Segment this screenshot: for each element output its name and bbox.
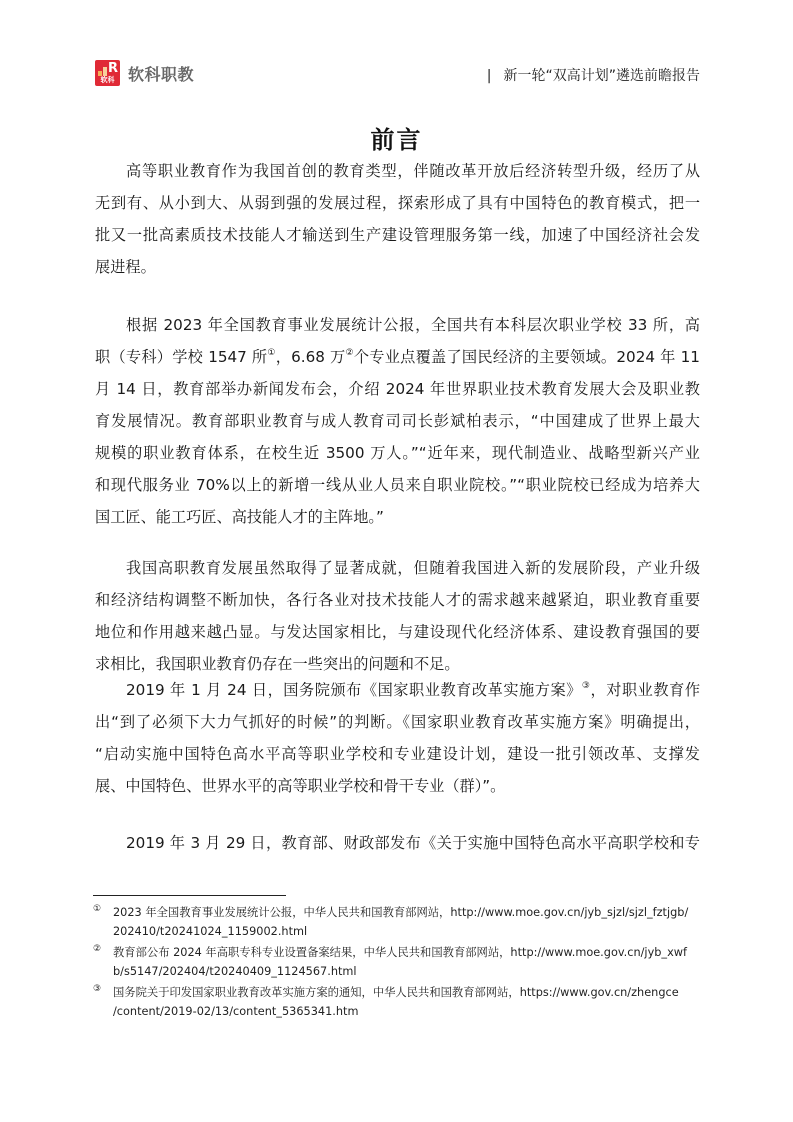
page-title: 前言 — [0, 120, 793, 155]
footnote-line[interactable]: 2023 年全国教育事业发展统计公报，中华人民共和国教育部网站，http://w… — [113, 903, 703, 922]
logo-bar — [103, 67, 107, 76]
footnote-mark: ② — [93, 940, 101, 959]
paragraph-1: 高等职业教育作为我国首创的教育类型，伴随改革开放后经济转型升级，经历了从 无到有… — [95, 155, 700, 283]
paragraph-2: 根据 2023 年全国教育事业发展统计公报，全国共有本科层次职业学校 33 所，… — [95, 309, 700, 533]
text-segment: ，对职业教育作 — [591, 681, 701, 699]
footnote-line[interactable]: 202410/t20241024_1159002.html — [113, 922, 703, 941]
text-line: 出“到了必须下大力气抓好的时候”的判断。《国家职业教育改革实施方案》明确提出， — [95, 706, 700, 738]
text-segment: ，6.68 万 — [276, 348, 346, 366]
text-line: “启动实施中国特色高水平高等职业学校和专业建设计划，建设一批引领改革、支撑发 — [95, 738, 700, 770]
text-line: 2019 年 3 月 29 日，教育部、财政部发布《关于实施中国特色高水平高职学… — [95, 827, 700, 859]
footnote-line[interactable]: 教育部公布 2024 年高职专科专业设置备案结果，中华人民共和国教育部网站，ht… — [113, 943, 703, 962]
logo-mark-icon: R 软科 — [95, 60, 120, 86]
text-line: 无到有、从小到大、从弱到强的发展过程，探索形成了具有中国特色的教育模式，把一 — [95, 187, 700, 219]
footnote-ref-3[interactable]: ③ — [582, 681, 591, 691]
header-separator: | — [487, 68, 492, 84]
footnote-3: ③ 国务院关于印发国家职业教育改革实施方案的通知，中华人民共和国教育部网站，ht… — [93, 983, 703, 1021]
text-segment: 2019 年 1 月 24 日，国务院颁布《国家职业教育改革实施方案》 — [126, 681, 582, 699]
text-line: 育发展情况。教育部职业教育与成人教育司司长彭斌柏表示，“中国建成了世界上最大 — [95, 405, 700, 437]
text-line: 展、中国特色、世界水平的高等职业学校和骨干专业（群）”。 — [95, 770, 700, 802]
paragraph-3: 我国高职教育发展虽然取得了显著成就，但随着我国进入新的发展阶段，产业升级 和经济… — [95, 552, 700, 680]
footnote-divider — [93, 895, 286, 896]
text-line: 国工匠、能工巧匠、高技能人才的主阵地。” — [95, 501, 700, 533]
text-line: 高等职业教育作为我国首创的教育类型，伴随改革开放后经济转型升级，经历了从 — [95, 155, 700, 187]
text-line: 和经济结构调整不断加快，各行各业对技术技能人才的需求越来越紧迫，职业教育重要 — [95, 584, 700, 616]
page-header: R 软科 软科职教 |新一轮“双高计划”遴选前瞻报告 — [95, 60, 700, 90]
text-line: 展进程。 — [95, 251, 700, 283]
text-line: 和现代服务业 70%以上的新增一线从业人员来自职业院校。”“职业院校已经成为培养… — [95, 469, 700, 501]
footnote-line[interactable]: 国务院关于印发国家职业教育改革实施方案的通知，中华人民共和国教育部网站，http… — [113, 983, 703, 1002]
footnotes: ① 2023 年全国教育事业发展统计公报，中华人民共和国教育部网站，http:/… — [93, 903, 703, 1023]
brand-name: 软科职教 — [128, 62, 194, 85]
text-line: 根据 2023 年全国教育事业发展统计公报，全国共有本科层次职业学校 33 所，… — [95, 309, 700, 341]
paragraph-5: 2019 年 3 月 29 日，教育部、财政部发布《关于实施中国特色高水平高职学… — [95, 827, 700, 859]
text-line: 月 14 日，教育部举办新闻发布会，介绍 2024 年世界职业技术教育发展大会及… — [95, 373, 700, 405]
text-line: 职（专科）学校 1547 所①，6.68 万②个专业点覆盖了国民经济的主要领域。… — [95, 341, 700, 373]
logo-letter: R — [108, 62, 117, 75]
report-title: |新一轮“双高计划”遴选前瞻报告 — [487, 65, 700, 85]
footnote-mark: ① — [93, 900, 101, 919]
paragraph-4: 2019 年 1 月 24 日，国务院颁布《国家职业教育改革实施方案》③，对职业… — [95, 674, 700, 802]
footnote-mark: ③ — [93, 980, 101, 999]
text-segment: 个专业点覆盖了国民经济的主要领域。2024 年 11 — [354, 348, 700, 366]
text-line: 地位和作用越来越凸显。与发达国家相比，与建设现代化经济体系、建设教育强国的要 — [95, 616, 700, 648]
footnote-2: ② 教育部公布 2024 年高职专科专业设置备案结果，中华人民共和国教育部网站，… — [93, 943, 703, 981]
brand-logo: R 软科 软科职教 — [95, 60, 194, 86]
text-line: 2019 年 1 月 24 日，国务院颁布《国家职业教育改革实施方案》③，对职业… — [95, 674, 700, 706]
footnote-line[interactable]: b/s5147/202404/t20240409_1124567.html — [113, 962, 703, 981]
text-line: 规模的职业教育体系，在校生近 3500 万人。”“近年来，现代制造业、战略型新兴… — [95, 437, 700, 469]
footnote-1: ① 2023 年全国教育事业发展统计公报，中华人民共和国教育部网站，http:/… — [93, 903, 703, 941]
footnote-ref-2[interactable]: ② — [346, 348, 354, 358]
text-segment: 职（专科）学校 1547 所 — [95, 348, 267, 366]
footnote-line[interactable]: /content/2019-02/13/content_5365341.htm — [113, 1002, 703, 1021]
text-line: 批又一批高素质技术技能人才输送到生产建设管理服务第一线，加速了中国经济社会发 — [95, 219, 700, 251]
footnote-ref-1[interactable]: ① — [267, 348, 275, 358]
report-title-text: 新一轮“双高计划”遴选前瞻报告 — [503, 68, 700, 84]
text-line: 我国高职教育发展虽然取得了显著成就，但随着我国进入新的发展阶段，产业升级 — [95, 552, 700, 584]
logo-sub-text: 软科 — [95, 76, 120, 85]
